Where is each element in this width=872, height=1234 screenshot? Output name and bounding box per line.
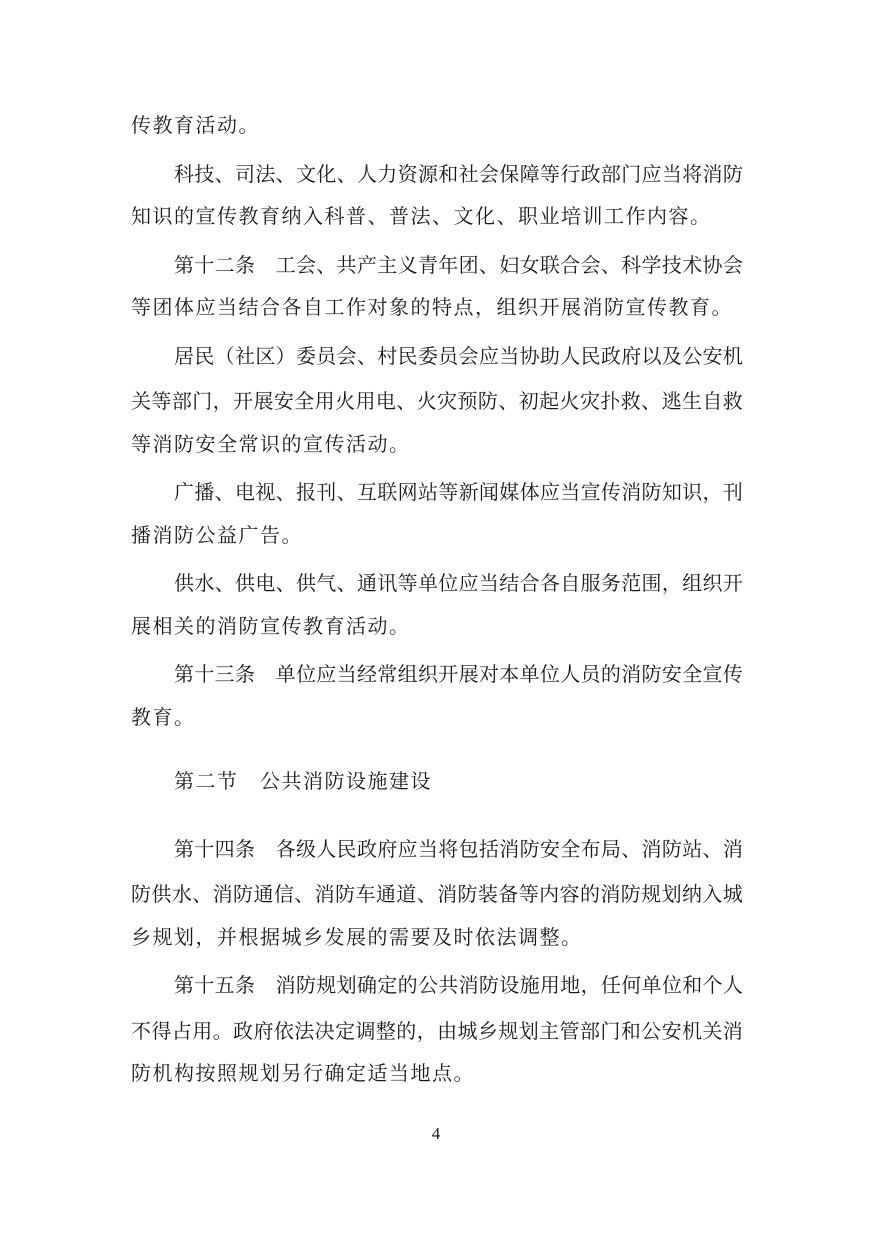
text-line: 等团体应当结合各自工作对象的特点，组织开展消防宣传教育。: [131, 286, 743, 332]
text-line: 播消防公益广告。: [131, 514, 743, 560]
text-line: 供水、供电、供气、通讯等单位应当结合各自服务范围，组织开: [131, 559, 743, 605]
text-line: 防供水、消防通信、消防车通道、消防装备等内容的消防规划纳入城: [131, 870, 743, 916]
text-line: 等消防安全常识的宣传活动。: [131, 423, 743, 469]
text-line: 防机构按照规划另行确定适当地点。: [131, 1052, 743, 1098]
text-line: 科技、司法、文化、人力资源和社会保障等行政部门应当将消防: [131, 150, 743, 196]
text-line: 不得占用。政府依法决定调整的，由城乡规划主管部门和公安机关消: [131, 1007, 743, 1053]
text-line: 广播、电视、报刊、互联网站等新闻媒体应当宣传消防知识，刊: [131, 468, 743, 514]
page-number: 4: [0, 1122, 872, 1146]
text-line: 传教育活动。: [131, 104, 743, 150]
text-line: 乡规划，并根据城乡发展的需要及时依法调整。: [131, 916, 743, 962]
text-line: 居民（社区）委员会、村民委员会应当协助人民政府以及公安机: [131, 332, 743, 378]
text-line: 展相关的消防宣传教育活动。: [131, 605, 743, 651]
text-line: 第十三条 单位应当经常组织开展对本单位人员的消防安全宣传: [131, 650, 743, 696]
document-page: 传教育活动。科技、司法、文化、人力资源和社会保障等行政部门应当将消防知识的宣传教…: [0, 0, 872, 1234]
text-line: 知识的宣传教育纳入科普、普法、文化、职业培训工作内容。: [131, 195, 743, 241]
text-line: 第十四条 各级人民政府应当将包括消防安全布局、消防站、消: [131, 825, 743, 871]
document-body: 传教育活动。科技、司法、文化、人力资源和社会保障等行政部门应当将消防知识的宣传教…: [131, 104, 743, 1098]
text-line: 关等部门，开展安全用火用电、火灾预防、初起火灾扑救、逃生自救: [131, 377, 743, 423]
section-heading: 第二节 公共消防设施建设: [131, 760, 743, 806]
text-line: 第十五条 消防规划确定的公共消防设施用地，任何单位和个人: [131, 961, 743, 1007]
text-line: 教育。: [131, 696, 743, 742]
text-line: 第十二条 工会、共产主义青年团、妇女联合会、科学技术协会: [131, 241, 743, 287]
